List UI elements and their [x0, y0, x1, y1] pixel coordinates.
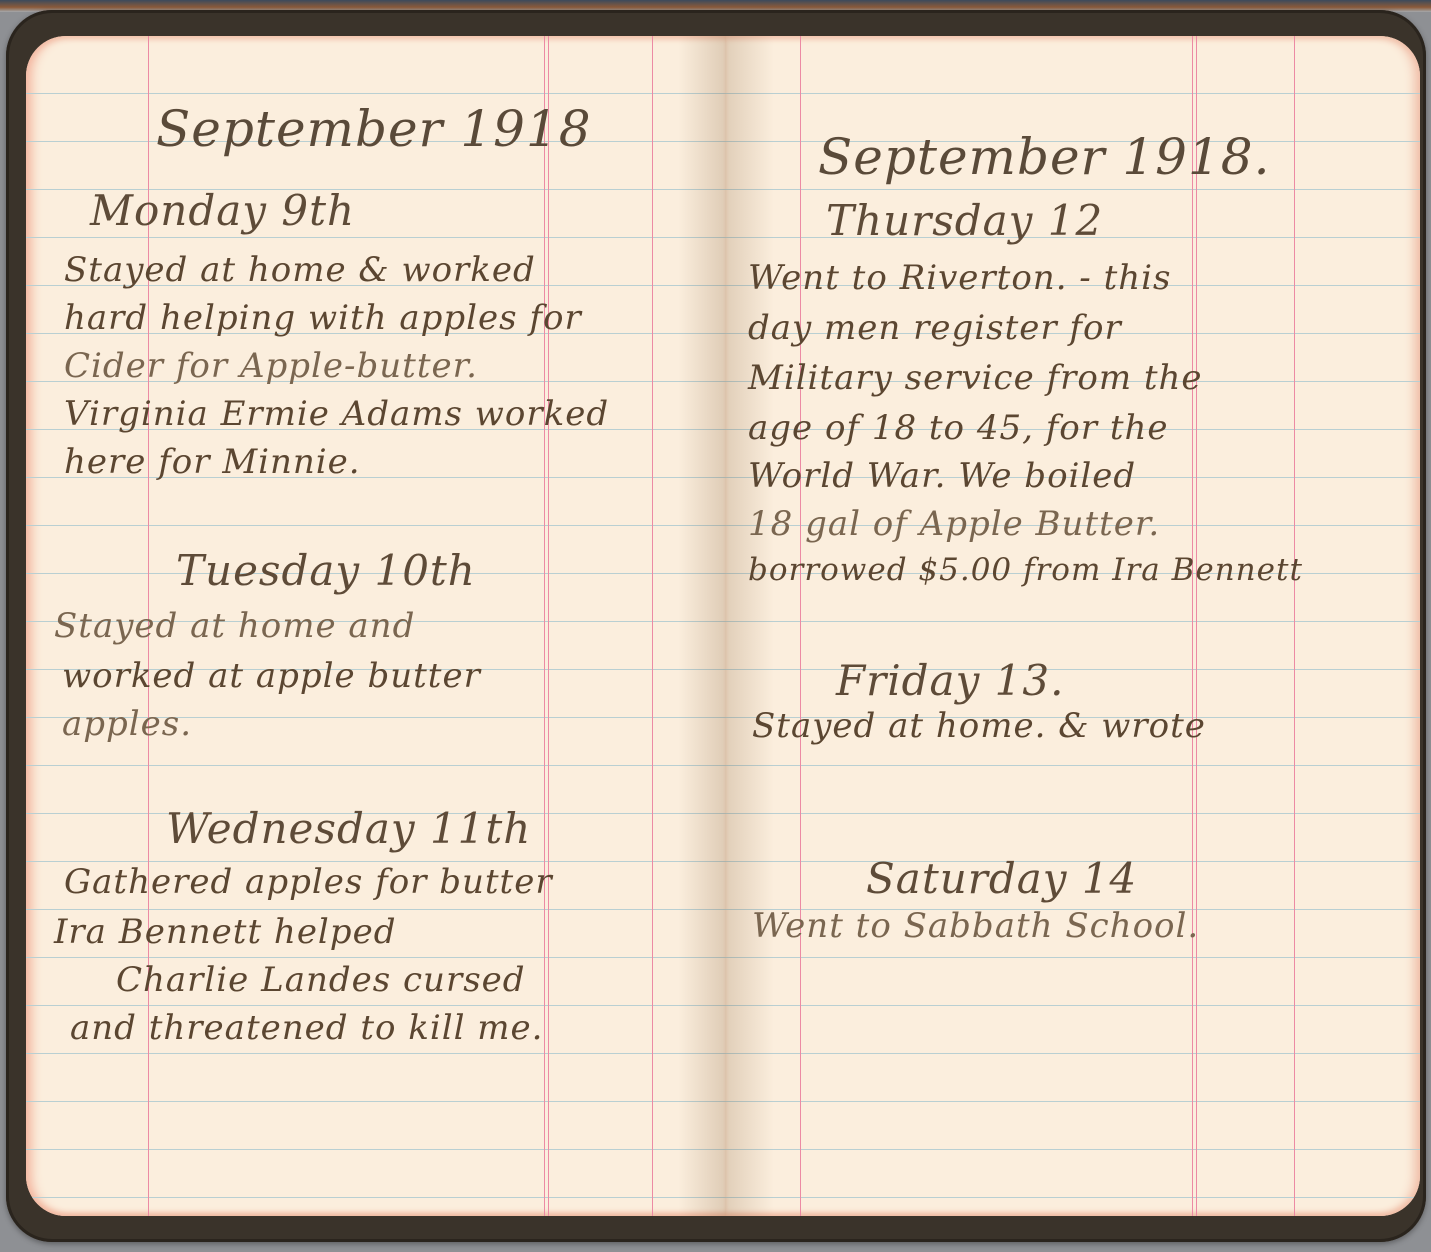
- column-line-right: [1294, 36, 1295, 1216]
- entry-line: borrowed $5.00 from Ira Bennett: [748, 552, 1303, 588]
- entry-line: apples.: [62, 704, 192, 744]
- entry-line: Stayed at home & worked: [64, 250, 536, 290]
- page-heading: September 1918: [156, 100, 592, 158]
- left-page: September 1918 Monday 9th Stayed at home…: [26, 36, 726, 1216]
- entry-line: here for Minnie.: [64, 442, 361, 482]
- entry-day: Saturday 14: [866, 854, 1137, 903]
- entry-line: age of 18 to 45, for the: [748, 408, 1169, 448]
- entry-day: Wednesday 11th: [166, 804, 531, 853]
- column-line-double: [544, 36, 549, 1216]
- page-heading: September 1918.: [818, 128, 1270, 186]
- right-page: September 1918. Thursday 12 Went to Rive…: [726, 36, 1420, 1216]
- gutter-shadow: [726, 36, 774, 1216]
- margin-line-left: [800, 36, 801, 1216]
- entry-line: and threatened to kill me.: [70, 1008, 543, 1048]
- column-line-double: [1192, 36, 1197, 1216]
- entry-line: day men register for: [748, 308, 1122, 348]
- entry-day: Monday 9th: [90, 186, 355, 235]
- entry-day: Tuesday 10th: [176, 546, 476, 595]
- entry-line: Virginia Ermie Adams worked: [64, 394, 609, 434]
- entry-line: worked at apple butter: [62, 656, 481, 696]
- entry-line: Gathered apples for butter: [64, 862, 553, 902]
- gutter-shadow: [678, 36, 726, 1216]
- entry-line: Went to Sabbath School.: [752, 906, 1199, 946]
- entry-day: Thursday 12: [826, 196, 1103, 245]
- entry-line: Went to Riverton. - this: [748, 258, 1171, 298]
- entry-line: 18 gal of Apple Butter.: [748, 504, 1160, 544]
- entry-line: hard helping with apples for: [64, 298, 582, 338]
- entry-line: Ira Bennett helped: [54, 912, 396, 952]
- entry-line: Cider for Apple-butter.: [64, 346, 478, 386]
- column-line-right: [652, 36, 653, 1216]
- entry-line: World War. We boiled: [748, 456, 1136, 496]
- entry-line: Charlie Landes cursed: [116, 960, 526, 1000]
- entry-line: Stayed at home and: [54, 606, 415, 646]
- entry-line: Military service from the: [748, 358, 1203, 398]
- entry-day: Friday 13.: [836, 656, 1064, 705]
- entry-line: Stayed at home. & wrote: [752, 706, 1206, 746]
